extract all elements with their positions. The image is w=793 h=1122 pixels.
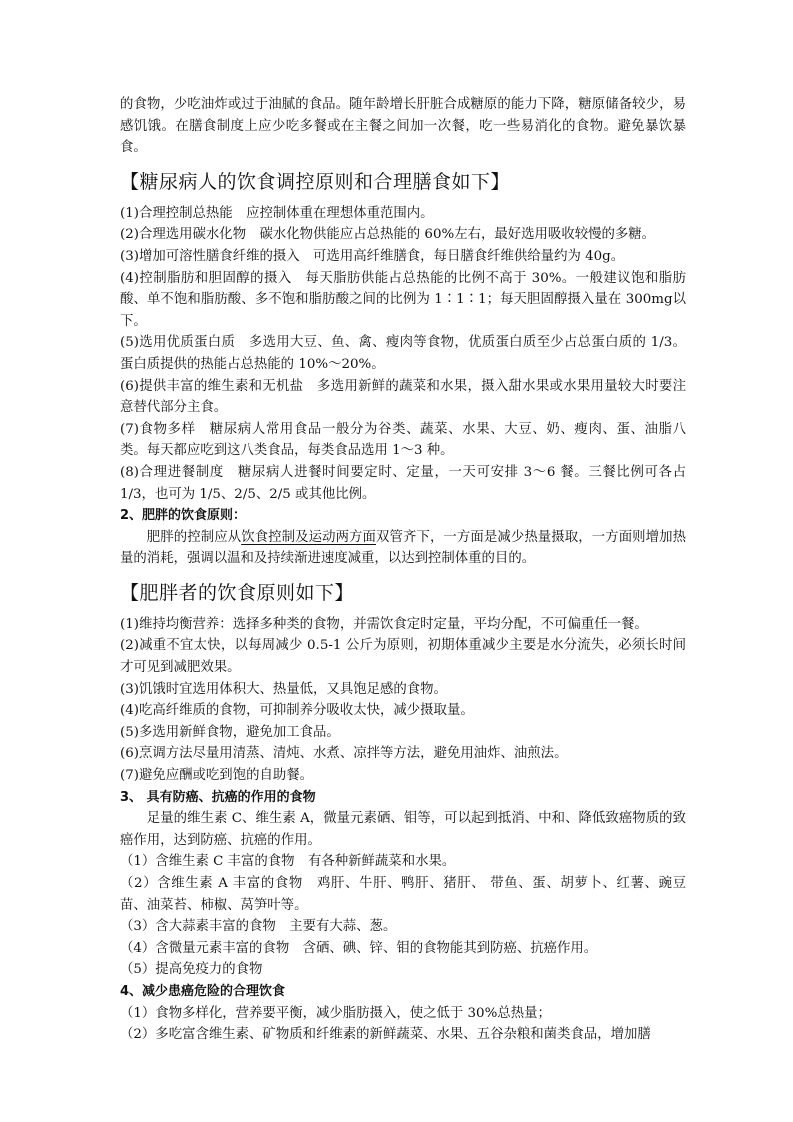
list-item: （2）含维生素 A 丰富的食物 鸡肝、牛肝、鸭肝、猪肝、 带鱼、蛋、胡萝卜、红薯… [120, 873, 686, 916]
obesity-section-title: 2、肥胖的饮食原则： [120, 505, 686, 527]
list-item: (6)提供丰富的维生素和无机盐 多选用新鲜的蔬菜和水果，摄入甜水果或水果用量较大… [120, 376, 686, 419]
obesity-heading: 【肥胖者的饮食原则如下】 [120, 580, 686, 606]
list-item: (4)控制脂肪和胆固醇的摄入 每天脂肪供能占总热能的比例不高于 30%。一般建议… [120, 268, 686, 333]
list-item: (7)避免应酬或吃到饱的自助餐。 [120, 765, 686, 787]
anticancer-intro: 足量的维生素 C、维生素 A，微量元素硒、钼等，可以起到抵消、中和、降低致癌物质… [120, 808, 686, 851]
diabetes-list: (1)合理控制总热能 应控制体重在理想体重范围内。 (2)合理选用碳水化物 碳水… [120, 203, 686, 505]
reduce-risk-section-title: 4、减少患癌危险的合理饮食 [120, 981, 686, 1003]
obesity-paragraph: 肥胖的控制应从饮食控制及运动两方面双管齐下，一方面是减少热量摄取，一方面则增加热… [120, 527, 686, 570]
list-item: (8)合理进餐制度 糖尿病人进餐时间要定时、定量，一天可安排 3～6 餐。三餐比… [120, 462, 686, 505]
reduce-risk-list: （1）食物多样化，营养要平衡，减少脂肪摄入，使之低于 30%总热量； （2）多吃… [120, 1003, 686, 1046]
list-item: （1）含维生素 C 丰富的食物 有各种新鲜蔬菜和水果。 [120, 851, 686, 873]
document-page: 的食物，少吃油炸或过于油腻的食品。随年龄增长肝脏合成糖原的能力下降，糖原储备较少… [120, 94, 686, 1046]
list-item: (2)减重不宜太快，以每周减少 0.5-1 公斤为原则，初期体重减少主要是水分流… [120, 635, 686, 678]
list-item: (1)维持均衡营养：选择多种类的食物，并需饮食定时定量，平均分配，不可偏重任一餐… [120, 614, 686, 636]
obesity-list: (1)维持均衡营养：选择多种类的食物，并需饮食定时定量，平均分配，不可偏重任一餐… [120, 614, 686, 787]
list-item: （3）含大蒜素丰富的食物 主要有大蒜、葱。 [120, 916, 686, 938]
list-item: (3)增加可溶性膳食纤维的摄入 可选用高纤维膳食，每日膳食纤维供给量约为 40g… [120, 246, 686, 268]
diabetes-heading: 【糖尿病人的饮食调控原则和合理膳食如下】 [120, 169, 686, 195]
list-item: (5)选用优质蛋白质 多选用大豆、鱼、禽、瘦肉等食物，优质蛋白质至少占总蛋白质的… [120, 332, 686, 375]
anticancer-list: （1）含维生素 C 丰富的食物 有各种新鲜蔬菜和水果。 （2）含维生素 A 丰富… [120, 851, 686, 981]
list-item: (2)合理选用碳水化物 碳水化物供能应占总热能的 60%左右，最好选用吸收较慢的… [120, 224, 686, 246]
list-item: (5)多选用新鲜食物，避免加工食品。 [120, 722, 686, 744]
list-item: （4）含微量元素丰富的食物 含硒、碘、锌、钼的食物能其到防癌、抗癌作用。 [120, 938, 686, 960]
list-item: （2）多吃富含维生素、矿物质和纤维素的新鲜蔬菜、水果、五谷杂粮和菌类食品，增加膳 [120, 1024, 686, 1046]
list-item: (6)烹调方法尽量用清蒸、清炖、水煮、凉拌等方法，避免用油炸、油煎法。 [120, 743, 686, 765]
list-item: (7)食物多样 糖尿病人常用食品一般分为谷类、蔬菜、水果、大豆、奶、瘦肉、蛋、油… [120, 419, 686, 462]
list-item: (1)合理控制总热能 应控制体重在理想体重范围内。 [120, 203, 686, 225]
list-item: （1）食物多样化，营养要平衡，减少脂肪摄入，使之低于 30%总热量； [120, 1003, 686, 1025]
anticancer-section-title: 3、 具有防癌、抗癌的作用的食物 [120, 787, 686, 809]
list-item: (3)饥饿时宜选用体积大、热量低，又具饱足感的食物。 [120, 679, 686, 701]
list-item: (4)吃高纤维质的食物，可抑制养分吸收太快，减少摄取量。 [120, 700, 686, 722]
intro-paragraph: 的食物，少吃油炸或过于油腻的食品。随年龄增长肝脏合成糖原的能力下降，糖原储备较少… [120, 94, 686, 159]
underlined-phrase: 饮食控制及运动两方面 [241, 530, 376, 545]
list-item: （5）提高免疫力的食物 [120, 959, 686, 981]
obesity-text-before: 肥胖的控制应从 [147, 530, 241, 545]
